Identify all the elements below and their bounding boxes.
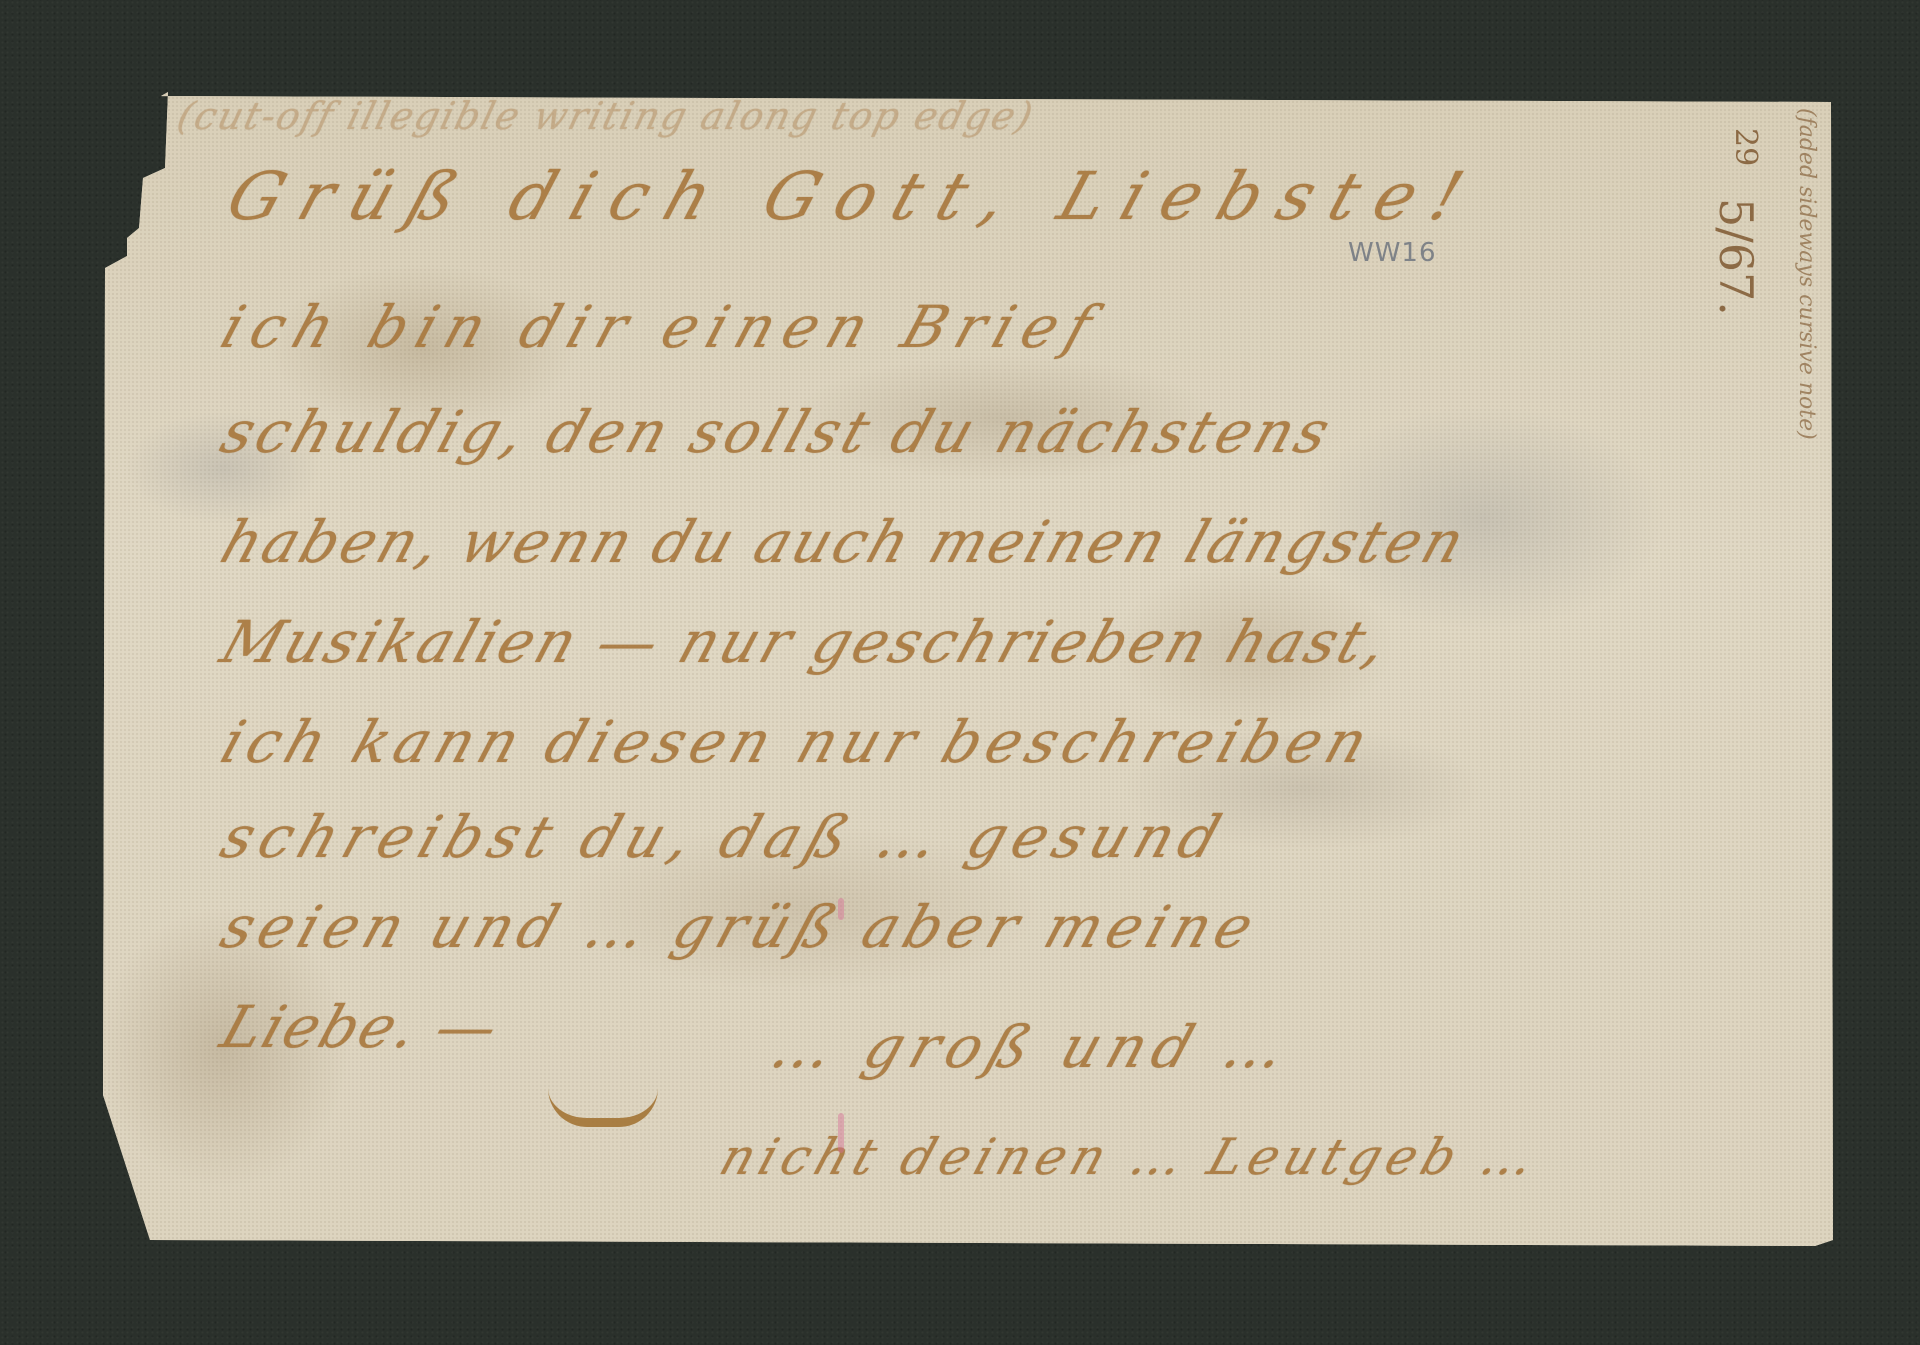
top-edge-fragment: (cut-off illegible writing along top edg… bbox=[173, 94, 1039, 138]
body-line-7: seien und … grüß aber meine bbox=[213, 893, 1268, 961]
body-line-5: ich kann diesen nur beschreiben bbox=[213, 708, 1382, 776]
salutation-line: Grüß dich Gott, Liebste! bbox=[218, 158, 1490, 235]
pink-ink-mark-lower bbox=[838, 1113, 844, 1153]
body-line-2: schuldig, den sollst du nächstens bbox=[213, 398, 1342, 466]
pencil-catalog-mark: WW16 bbox=[1348, 238, 1437, 268]
body-line-8: Liebe. — bbox=[213, 993, 509, 1061]
body-line-3: haben, wenn du auch meinen längsten bbox=[213, 508, 1476, 576]
margin-folio-number: 5/67. bbox=[1709, 198, 1763, 316]
body-line-9: … groß und … bbox=[763, 1013, 1303, 1081]
letter-sheet: (cut-off illegible writing along top edg… bbox=[103, 88, 1833, 1248]
body-line-6: schreibst du, daß … gesund bbox=[213, 803, 1236, 871]
dash-stroke bbox=[548, 1088, 658, 1127]
archival-mount-board: (cut-off illegible writing along top edg… bbox=[0, 0, 1920, 1345]
body-line-4: Musikalien — nur geschrieben hast, bbox=[213, 608, 1399, 676]
margin-sideways-note: (faded sideways cursive note) bbox=[1794, 108, 1819, 440]
pink-ink-mark bbox=[838, 898, 844, 920]
margin-number-29: 29 bbox=[1728, 128, 1763, 166]
body-line-1: ich bin dir einen Brief bbox=[213, 293, 1110, 361]
